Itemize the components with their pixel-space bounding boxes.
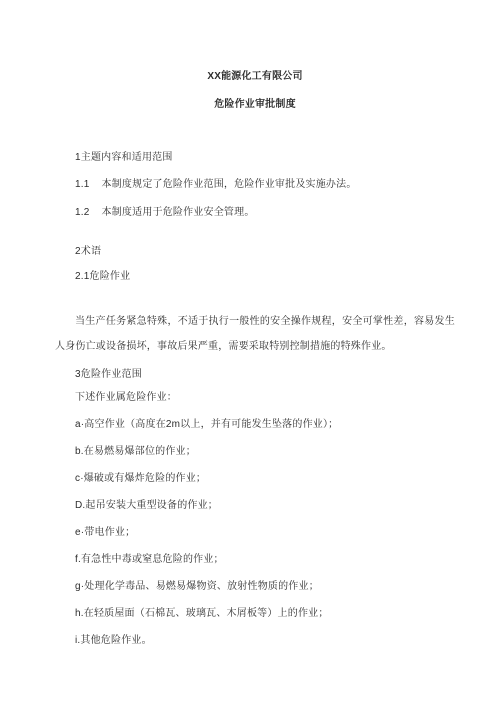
clause-1-1-text: 本制度规定了危险作业范围，危险作业审批及实施办法。 [102,179,357,190]
section-3-heading: 3危险作业范围 [55,368,455,381]
list-item-f: f.有急性中毒或窒息危险的作业； [55,553,455,566]
document-title: 危险作业审批制度 [55,98,455,111]
clause-1-2-number: 1.2 [75,207,90,218]
clause-1-2-text: 本制度适用于危险作业安全管理。 [102,207,255,218]
list-item-b: b.在易燃易爆部位的作业； [55,445,455,458]
company-title: XX能源化工有限公司 [55,70,455,83]
section-2-1-subheading: 2.1危险作业 [55,270,455,283]
section-2-heading: 2术语 [55,245,455,258]
list-item-a: a·高空作业（高度在2m以上，并有可能发生坠落的作业）； [55,418,455,431]
list-item-c: c·爆破或有爆炸危险的作业； [55,472,455,485]
list-item-h: h.在轻质屋面（石棉瓦、玻璃瓦、木屑板等）上的作业； [55,607,455,620]
clause-1-1-number: 1.1 [75,179,90,190]
list-item-d: D.起吊安装大重型设备的作业； [55,499,455,512]
list-item-g: g·处理化学毒品、易燃易爆物资、放射性物质的作业； [55,580,455,593]
clause-1-2: 1.2本制度适用于危险作业安全管理。 [55,206,455,219]
list-item-i: i.其他危险作业。 [55,634,455,647]
hazardous-work-definition: 当生产任务紧急特殊，不适于执行一般性的安全操作规程，安全可掌性差，容易发生人身伤… [55,309,455,359]
clause-1-1: 1.1本制度规定了危险作业范围，危险作业审批及实施办法。 [55,178,455,191]
section-1-heading: 1主题内容和适用范围 [55,151,455,164]
section-3-intro: 下述作业属危险作业： [55,391,455,404]
document-page: XX能源化工有限公司 危险作业审批制度 1主题内容和适用范围 1.1本制度规定了… [0,0,500,707]
list-item-e: e·带电作业； [55,526,455,539]
